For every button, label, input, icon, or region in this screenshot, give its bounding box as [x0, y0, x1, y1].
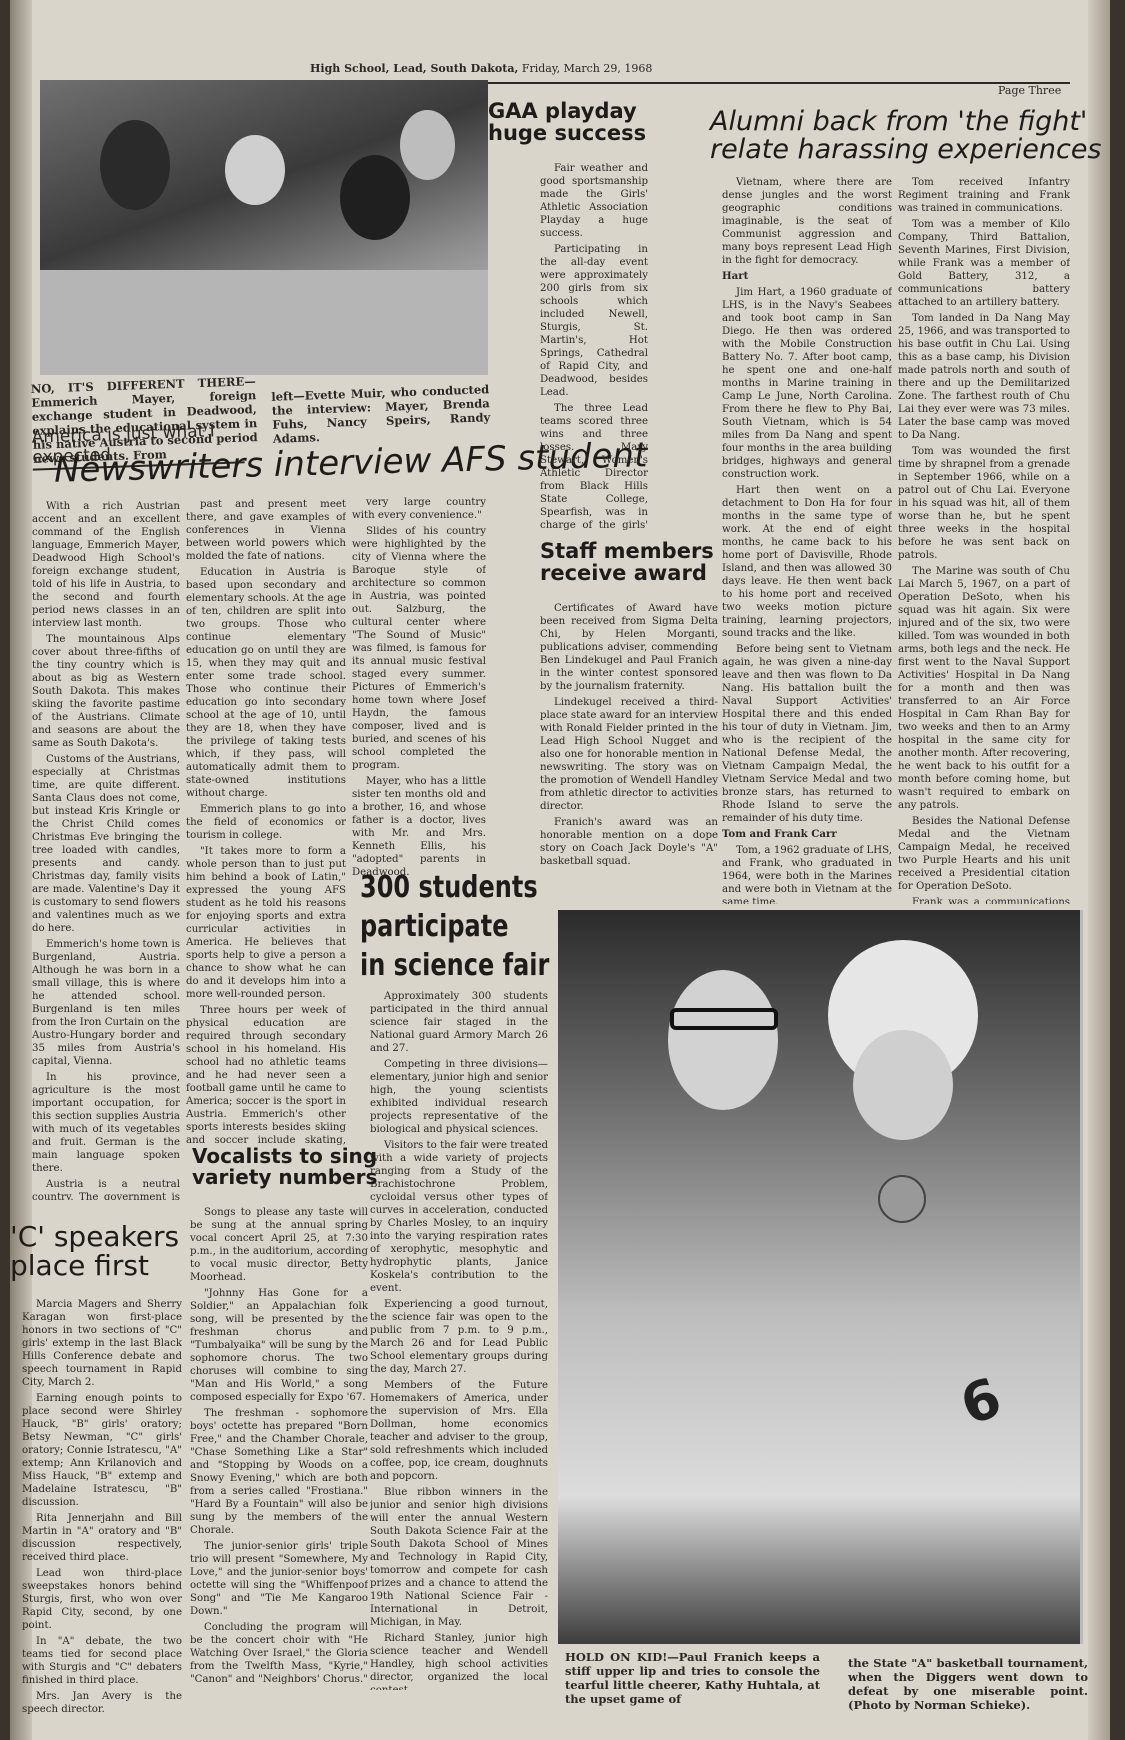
gaa-headline-line2: huge success [488, 122, 646, 144]
article-paragraph: The three Lead teams scored three wins a… [540, 402, 648, 532]
article-paragraph: With a rich Austrian accent and an excel… [32, 500, 180, 630]
science-body: Approximately 300 students participated … [370, 990, 548, 1690]
article-paragraph: The junior-senior girls' triple trio wil… [190, 1540, 368, 1618]
science-headline-line2: participate [360, 907, 549, 946]
article-paragraph: The Marine was south of Chu Lai March 5,… [898, 565, 1070, 812]
science-headline-line3: in science fair [360, 946, 549, 985]
afs-column-1: With a rich Austrian accent and an excel… [32, 500, 180, 1200]
alumni-headline-line1: Alumni back from 'the fight' [710, 108, 1102, 136]
article-paragraph: Before being sent to Vietnam again, he w… [722, 643, 892, 825]
article-paragraph: Marcia Magers and Sherry Karagan won fir… [22, 1298, 182, 1389]
article-paragraph: Mrs. Jan Avery is the speech director. [22, 1690, 182, 1716]
vocal-headline: Vocalists to sing variety numbers [192, 1146, 377, 1188]
article-paragraph: Emmerich's home town is Burgenland, Aust… [32, 938, 180, 1068]
article-paragraph: Besides the National Defense Medal and t… [898, 815, 1070, 893]
article-paragraph: Rita Jennerjahn and Bill Martin in "A" o… [22, 1512, 182, 1564]
article-paragraph: Hart then went on a detachment to Don Ha… [722, 484, 892, 640]
staff-body: Certificates of Award have been received… [540, 602, 718, 902]
photo2-caption-right: the State "A" basketball tournament, whe… [848, 1656, 1088, 1712]
staff-headline: Staff members receive award [540, 540, 714, 584]
article-paragraph: Competing in three divisions—elementary,… [370, 1058, 548, 1136]
science-headline: 300 students participate in science fair [360, 868, 549, 985]
article-paragraph: Fair weather and good sportsmanship made… [540, 162, 648, 240]
article-paragraph: In "A" debate, the two teams tied for se… [22, 1635, 182, 1687]
article-paragraph: "Johnny Has Gone for a Soldier," an Appa… [190, 1287, 368, 1404]
article-paragraph: Tom was wounded the first time by shrapn… [898, 445, 1070, 562]
speakers-headline: 'C' speakers place first [10, 1222, 179, 1281]
article-paragraph: Slides of his country were highlighted b… [352, 525, 486, 772]
staff-headline-line1: Staff members [540, 540, 714, 562]
speakers-headline-line1: 'C' speakers [10, 1222, 179, 1251]
article-subhead: Hart [722, 270, 892, 283]
article-paragraph: Richard Stanley, junior high science tea… [370, 1632, 548, 1690]
speakers-headline-line2: place first [10, 1251, 179, 1280]
article-paragraph: Blue ribbon winners in the junior and se… [370, 1486, 548, 1629]
speakers-body: Marcia Magers and Sherry Karagan won fir… [22, 1298, 182, 1718]
alumni-headline: Alumni back from 'the fight' relate hara… [710, 108, 1102, 165]
alumni-headline-line2: relate harassing experiences [710, 136, 1102, 164]
article-paragraph: Customs of the Austrians, especially at … [32, 753, 180, 935]
vocal-headline-line2: variety numbers [192, 1167, 377, 1188]
article-paragraph: Lindekugel received a third-place state … [540, 696, 718, 813]
article-paragraph: Visitors to the fair were treated with a… [370, 1139, 548, 1295]
article-paragraph: Songs to please any taste will be sung a… [190, 1206, 368, 1284]
alumni-column-1: Vietnam, where there are dense jungles a… [722, 176, 892, 904]
alumni-column-2: Tom received Infantry Regiment training … [898, 176, 1070, 904]
article-paragraph: Frank was a communications chief in the … [898, 896, 1070, 904]
vocal-headline-line1: Vocalists to sing [192, 1146, 377, 1167]
science-headline-line1: 300 students [360, 868, 549, 907]
article-paragraph: Tom was a member of Kilo Company, Third … [898, 218, 1070, 309]
article-paragraph: Participating in the all-day event were … [540, 243, 648, 399]
article-paragraph: In his province, agriculture is the most… [32, 1071, 180, 1175]
gaa-headline: GAA playday huge success [488, 100, 646, 144]
article-paragraph: Jim Hart, a 1960 graduate of LHS, is in … [722, 286, 892, 481]
article-paragraph: Certificates of Award have been received… [540, 602, 718, 693]
gaa-body: Fair weather and good sportsmanship made… [540, 162, 648, 532]
article-paragraph: Experiencing a good turnout, the science… [370, 1298, 548, 1376]
jersey-number: 6 [953, 1365, 1010, 1437]
article-paragraph: past and present meet there, and gave ex… [186, 498, 346, 563]
article-paragraph: Tom received Infantry Regiment training … [898, 176, 1070, 215]
article-paragraph: Austria is a neutral country. The govern… [32, 1178, 180, 1200]
article-paragraph: Earning enough points to place second we… [22, 1392, 182, 1509]
article-paragraph: Members of the Future Homemakers of Amer… [370, 1379, 548, 1483]
staff-headline-line2: receive award [540, 562, 714, 584]
article-paragraph: Lead won third-place sweepstakes honors … [22, 1567, 182, 1632]
article-paragraph: The mountainous Alps cover about three-f… [32, 633, 180, 750]
article-paragraph: Tom, a 1962 graduate of LHS, and Frank, … [722, 844, 892, 904]
afs-column-2: past and present meet there, and gave ex… [186, 498, 346, 1148]
article-paragraph: Concluding the program will be the conce… [190, 1621, 368, 1686]
article-paragraph: Franich's award was an honorable mention… [540, 816, 718, 868]
photo-consoling-cheerleader: 6 [558, 910, 1083, 1644]
article-paragraph: Emmerich plans to go into the field of e… [186, 803, 346, 842]
article-paragraph: Vietnam, where there are dense jungles a… [722, 176, 892, 267]
masthead-location: High School, Lead, South Dakota, [310, 62, 518, 75]
article-paragraph: Education in Austria is based upon secon… [186, 566, 346, 800]
newspaper-page: High School, Lead, South Dakota, Friday,… [10, 0, 1110, 1740]
page-edge [1088, 0, 1110, 1740]
afs-column-3: very large country with every convenienc… [352, 496, 486, 876]
article-paragraph: Three hours per week of physical educati… [186, 1004, 346, 1148]
masthead-date: Friday, March 29, 1968 [522, 62, 653, 75]
photo2-caption-left: HOLD ON KID!—Paul Franich keeps a stiff … [565, 1650, 820, 1706]
gaa-headline-line1: GAA playday [488, 100, 646, 122]
page-number: Page Three [998, 84, 1061, 97]
article-paragraph: Approximately 300 students participated … [370, 990, 548, 1055]
article-paragraph: "It takes more to form a whole person th… [186, 845, 346, 1001]
vocal-body: Songs to please any taste will be sung a… [190, 1206, 368, 1706]
article-paragraph: Mayer, who has a little sister ten month… [352, 775, 486, 876]
photo1-caption-right: left—Evette Muir, who conducted the inte… [271, 382, 491, 446]
article-paragraph: Tom landed in Da Nang May 25, 1966, and … [898, 312, 1070, 442]
article-subhead: Tom and Frank Carr [722, 828, 892, 841]
photo-classroom-interview [40, 80, 488, 375]
masthead-folio: High School, Lead, South Dakota, Friday,… [310, 62, 652, 75]
article-paragraph: very large country with every convenienc… [352, 496, 486, 522]
article-paragraph: The freshman - sophomore boys' octette h… [190, 1407, 368, 1537]
